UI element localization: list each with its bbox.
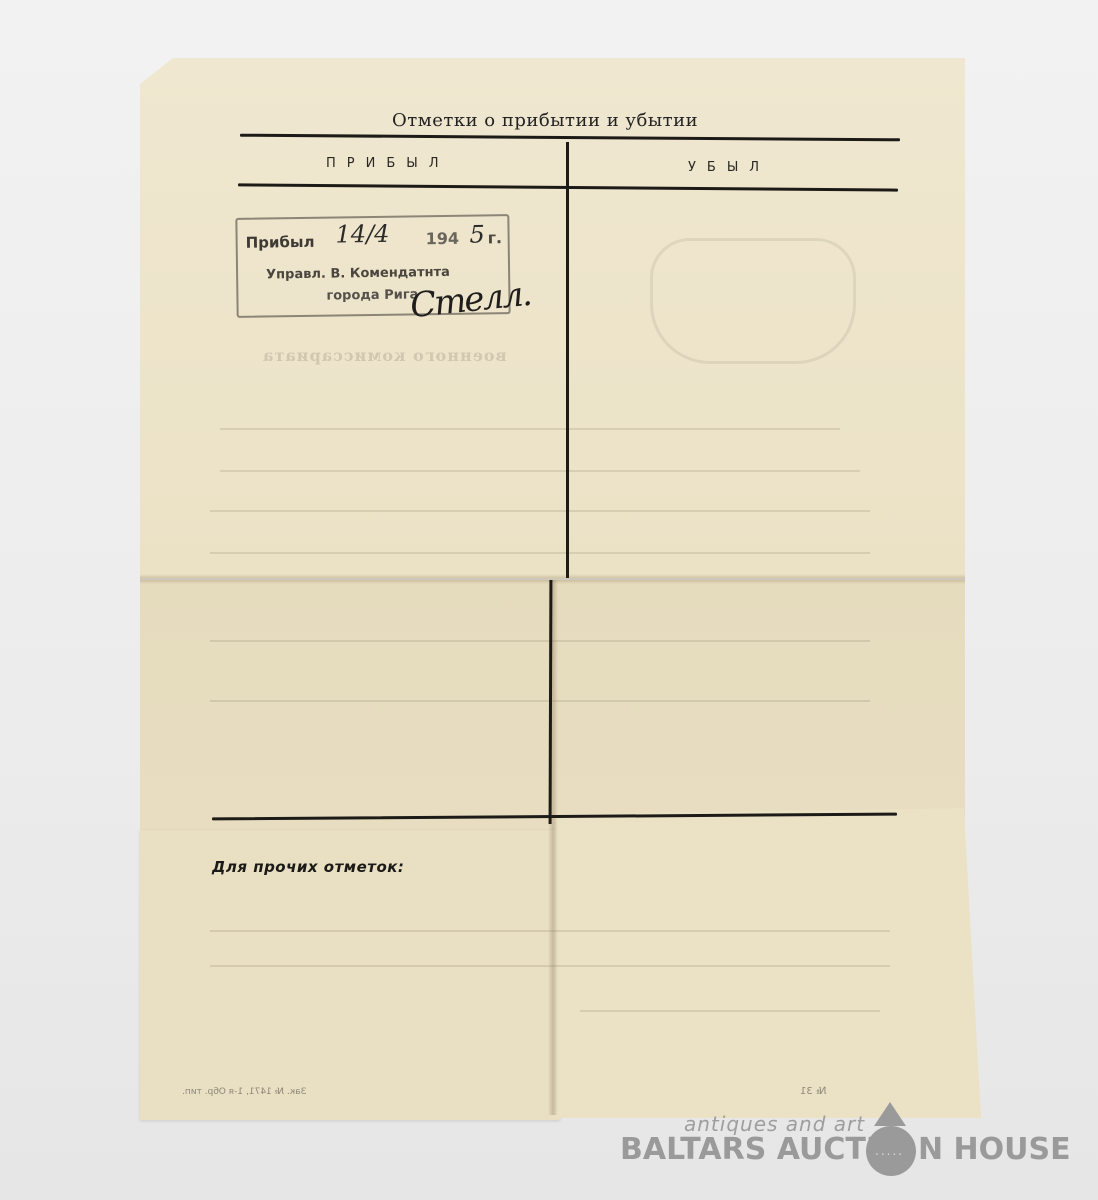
orb-dots: ..... — [875, 1144, 904, 1158]
print-imprint: Зак. № 1471, 1-я Обр. тип. — [182, 1087, 306, 1097]
stamp-year: 194 — [425, 229, 459, 248]
stamp-arrived-label: Прибыл — [246, 233, 315, 252]
stamp-office: Управл. В. Комендатнта — [266, 265, 450, 283]
ghost-line — [210, 510, 870, 512]
stamp-year-suffix: г. — [487, 228, 502, 247]
crown-icon — [874, 1102, 906, 1126]
ghost-line — [210, 552, 870, 554]
stamp-year-handwritten: 5 — [469, 220, 485, 248]
ghost-text: военного комиссариата — [262, 346, 507, 365]
form-number: № 31 — [800, 1086, 826, 1097]
ghost-line — [210, 700, 870, 702]
ghost-line — [210, 965, 890, 967]
stamp-date: 14/4 — [335, 220, 389, 249]
ghost-line — [580, 1010, 880, 1012]
watermark-brand-start: BALTARS AUCTI — [620, 1132, 877, 1167]
ghost-line — [220, 470, 860, 472]
column-divider-top — [566, 142, 569, 578]
column-header-arrived: ПРИБЫЛ — [326, 156, 450, 171]
ghost-line — [210, 930, 890, 932]
ghost-line — [220, 428, 840, 430]
document-panel-bottom-right — [556, 808, 981, 1118]
watermark-brand-end: N HOUSE — [918, 1132, 1071, 1167]
stamp-city: города Рига — [326, 287, 418, 303]
ghost-stamp-mark — [650, 238, 856, 364]
auction-house-watermark: antiques and art BALTARS AUCTI ..... N H… — [620, 1108, 1020, 1188]
document-title: Отметки о прибытии и убытии — [392, 110, 698, 131]
ghost-line — [210, 640, 870, 642]
other-marks-label: Для прочих отметок: — [212, 858, 404, 876]
column-header-departed: УБЫЛ — [688, 160, 770, 175]
